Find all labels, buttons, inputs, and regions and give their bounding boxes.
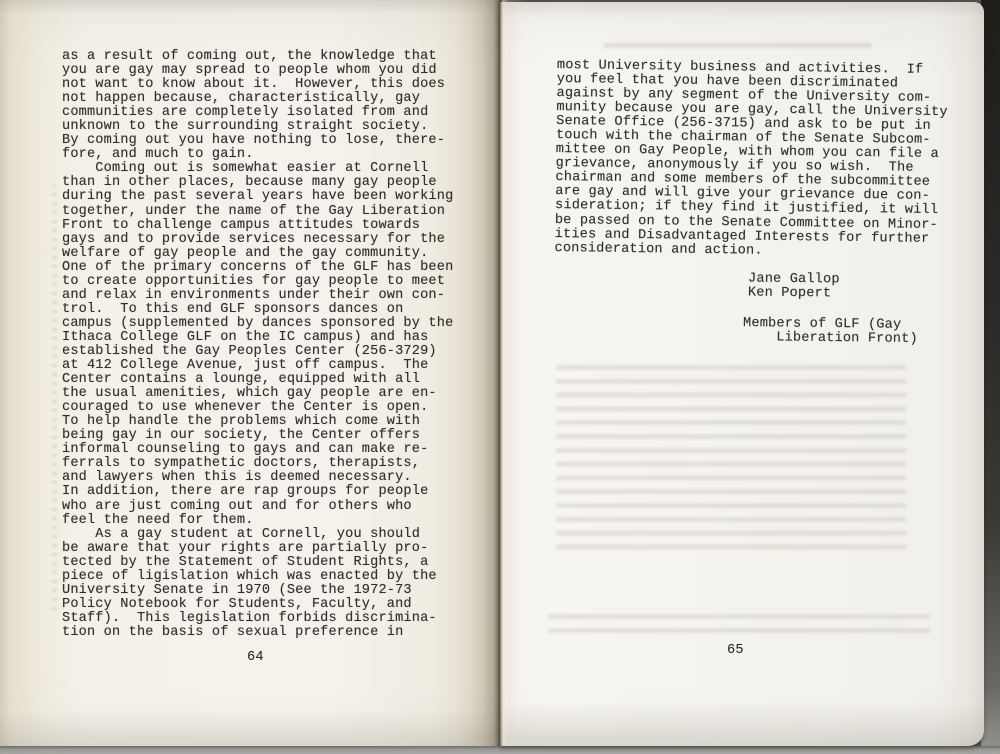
page-64-body-text: as a result of coming out, the knowledge… [62, 50, 453, 640]
bleed-through-edge-text [52, 185, 57, 610]
book-page-left: as a result of coming out, the knowledge… [0, 0, 500, 746]
book-photo: as a result of coming out, the knowledge… [0, 0, 1000, 754]
signature-names: Jane Gallop Ken Popert [748, 273, 840, 302]
bleed-through-text [604, 43, 872, 55]
signature-affiliation: Members of GLF (Gay Liberation Front) [743, 317, 918, 347]
book-page-right: most University business and activities.… [500, 2, 984, 746]
page-65-body-text: most University business and activities.… [554, 59, 948, 261]
table-surface-strip [0, 746, 1000, 754]
bleed-through-text [556, 365, 906, 557]
page-65-number: 65 [727, 644, 744, 658]
page-64-number: 64 [247, 651, 264, 665]
bleed-through-text [548, 614, 930, 640]
